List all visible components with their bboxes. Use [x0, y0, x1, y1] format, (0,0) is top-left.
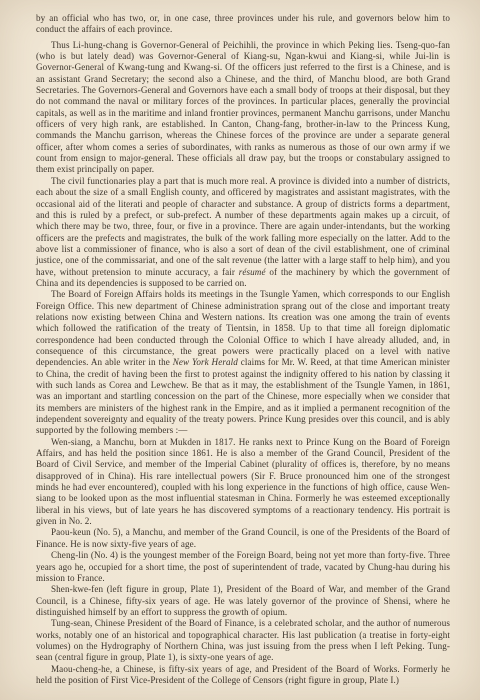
body-text: Thus Li-hung-chang is Governor-General o…: [36, 40, 450, 175]
body-text: The Board of Foreign Affairs holds its m…: [36, 289, 450, 367]
paragraph: Wen-siang, a Manchu, born at Mukden in 1…: [36, 437, 450, 528]
italic-text: New York Herald: [173, 357, 238, 367]
paragraph: Maou-cheng-he, a Chinese, is fifty-six y…: [36, 664, 450, 687]
paragraph: The Board of Foreign Affairs holds its m…: [36, 289, 450, 436]
paragraph: The civil functionaries play a part that…: [36, 176, 450, 289]
page-text: by an official who has two, or, in one c…: [36, 13, 450, 686]
paragraph: Paou-keun (No. 5), a Manchu, and member …: [36, 527, 450, 550]
paragraph: Thus Li-hung-chang is Governor-General o…: [36, 40, 450, 176]
italic-text: résumé: [239, 267, 266, 277]
paragraph: Cheng-lin (No. 4) is the youngest member…: [36, 550, 450, 584]
body-text: claims for Mr. W. Reed, at that time Ame…: [36, 357, 450, 435]
body-text: Cheng-lin (No. 4) is the youngest member…: [36, 550, 450, 583]
paragraph: Tung-sean, Chinese President of the Boar…: [36, 618, 450, 663]
body-text: by an official who has two, or, in one c…: [36, 13, 450, 34]
body-text: Shen-kwe-fen (left figure in group, Plat…: [36, 584, 450, 617]
book-page: by an official who has two, or, in one c…: [0, 0, 480, 700]
body-text: Maou-cheng-he, a Chinese, is fifty-six y…: [36, 664, 450, 685]
body-text: Paou-keun (No. 5), a Manchu, and member …: [36, 527, 450, 548]
body-text: The civil functionaries play a part that…: [36, 176, 450, 277]
body-text: Wen-siang, a Manchu, born at Mukden in 1…: [36, 437, 450, 526]
paragraph: by an official who has two, or, in one c…: [36, 13, 450, 36]
body-text: Tung-sean, Chinese President of the Boar…: [36, 618, 450, 662]
paragraph: Shen-kwe-fen (left figure in group, Plat…: [36, 584, 450, 618]
